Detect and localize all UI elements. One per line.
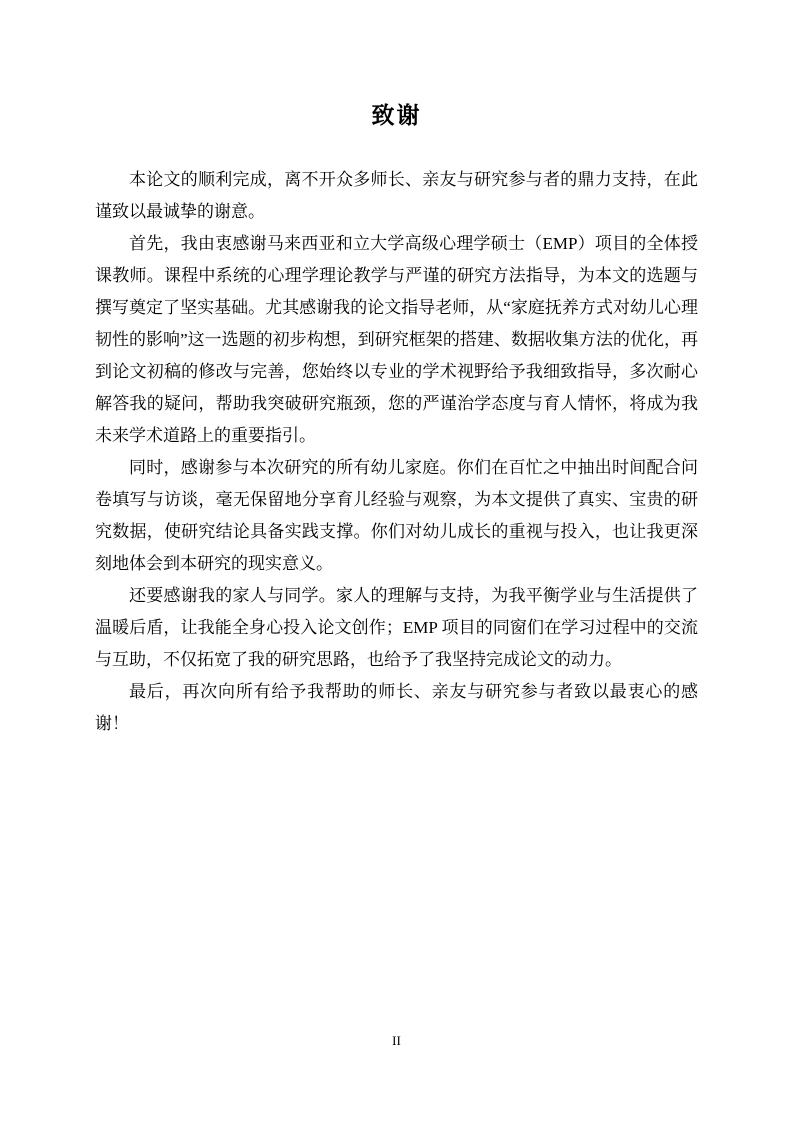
paragraph-closing: 最后，再次向所有给予我帮助的师长、亲友与研究参与者致以最衷心的感谢！ (95, 676, 698, 740)
document-body: 本论文的顺利完成，离不开众多师长、亲友与研究参与者的鼎力支持，在此谨致以最诚挚的… (95, 164, 698, 740)
paragraph-families: 同时，感谢参与本次研究的所有幼儿家庭。你们在百忙之中抽出时间配合问卷填写与访谈，… (95, 452, 698, 580)
page-title: 致谢 (0, 0, 793, 130)
document-page: 致谢 本论文的顺利完成，离不开众多师长、亲友与研究参与者的鼎力支持，在此谨致以最… (0, 0, 793, 1122)
paragraph-teachers: 首先，我由衷感谢马来西亚和立大学高级心理学硕士（EMP）项目的全体授课教师。课程… (95, 228, 698, 452)
paragraph-family-classmates: 还要感谢我的家人与同学。家人的理解与支持，为我平衡学业与生活提供了温暖后盾，让我… (95, 580, 698, 676)
paragraph-opening: 本论文的顺利完成，离不开众多师长、亲友与研究参与者的鼎力支持，在此谨致以最诚挚的… (95, 164, 698, 228)
page-number: II (0, 1034, 793, 1048)
